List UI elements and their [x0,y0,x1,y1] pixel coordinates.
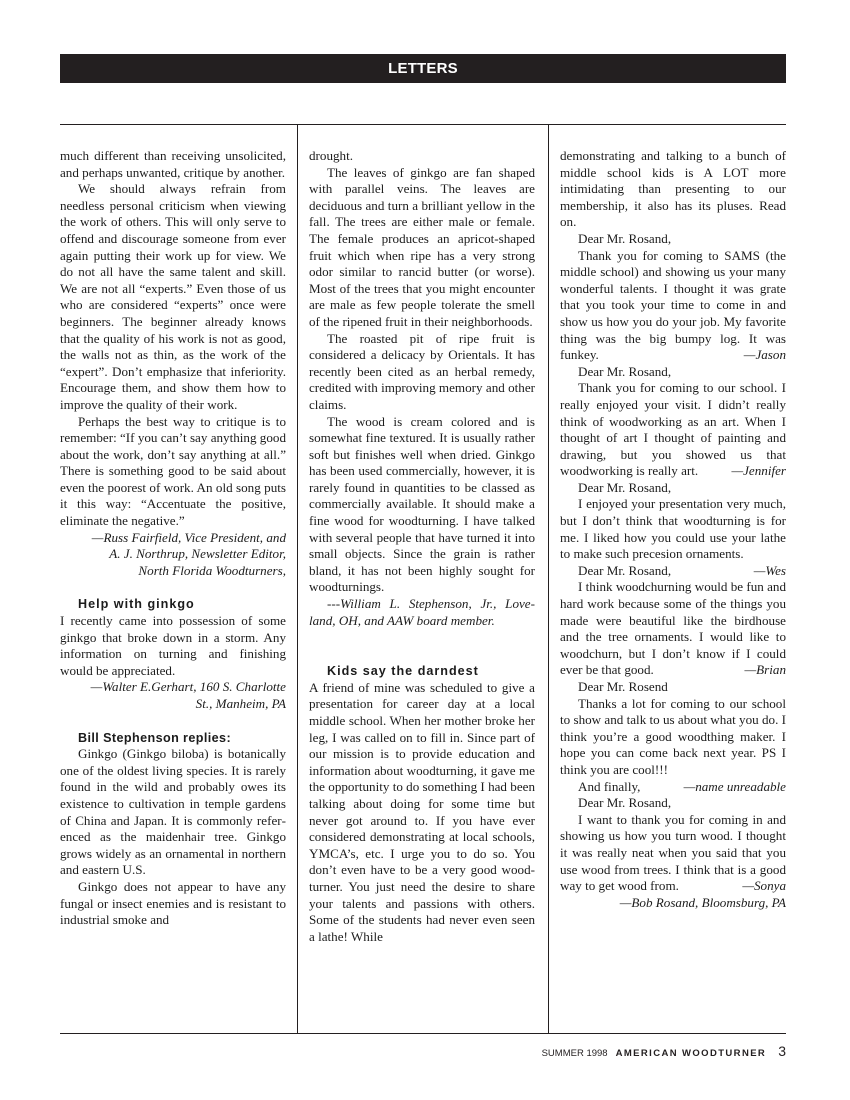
section-title: LETTERS [388,60,458,77]
section-banner: LETTERS [60,54,786,83]
signature: St., Manheim, PA [60,696,286,713]
letter-text: I enjoyed your presentation very much, b… [560,496,786,561]
signature: —Walter E.Gerhart, 160 S. Charlotte [60,679,286,696]
letter-body: I think woodchurning would be fun and ha… [560,579,786,679]
letter-text: Thank you for coming to SAMS (the middle… [560,248,786,363]
top-rule [60,124,786,125]
publication-name: AMERICAN WOODTURNER [616,1048,767,1059]
paragraph: Ginkgo (Ginkgo biloba) is botani­cally o… [60,746,286,879]
letter-signature: —name unreadable [666,779,786,796]
paragraph: I recently came into possession of some … [60,613,286,679]
signature: North Florida Woodturners, [60,563,286,580]
paragraph: A friend of mine was scheduled to give a… [309,680,535,946]
letter-salutation: Dear Mr. Rosend [560,679,786,696]
letter-text: Thanks a lot for coming to our school to… [560,696,786,777]
paragraph: The leaves of ginkgo are fan shaped with… [309,165,535,331]
paragraph: demonstrating and talking to a bunch of … [560,148,786,231]
paragraph: Perhaps the best way to critique is to r… [60,414,286,530]
letter-body: Thank you for coming to our school. I re… [560,380,786,480]
column-1: much different than receiving unso­licit… [60,148,286,929]
spacer [60,713,286,730]
spacer [309,629,535,663]
letter-signature: —Jason [726,347,786,364]
spacer [60,579,286,596]
paragraph: Ginkgo does not appear to have any funga… [60,879,286,929]
paragraph: drought. [309,148,535,165]
paragraph: We should always refrain from needless p… [60,181,286,413]
page-footer: SUMMER 1998 AMERICAN WOODTURNER 3 [542,1043,786,1059]
letter-salutation: Dear Mr. Rosand, [560,231,786,248]
letter-signature: —Wes [736,563,786,580]
letter-signature: —Brian [727,662,786,679]
paragraph: The wood is cream colored and is somewha… [309,414,535,597]
letter-salutation: Dear Mr. Rosand, [560,364,786,381]
page-number: 3 [778,1043,786,1059]
column-2: drought. The leaves of ginkgo are fan sh… [309,148,535,945]
letter-signature: —Sonya [724,878,786,895]
letter-body: I enjoyed your presentation very much, b… [560,496,786,562]
column-divider [297,124,298,1034]
letter-heading: Help with ginkgo [60,596,286,613]
column-3: demonstrating and talking to a bunch of … [560,148,786,911]
bottom-rule [60,1033,786,1034]
paragraph: much different than receiving unso­licit… [60,148,286,181]
signature: —Russ Fairfield, Vice President, and [60,530,286,547]
signature: A. J. Northrup, Newsletter Editor, [60,546,286,563]
letter-body: Thank you for coming to SAMS (the middle… [560,248,786,364]
letter-body: I want to thank you for coming in and sh… [560,812,786,895]
letter-body: Thanks a lot for coming to our school to… [560,696,786,779]
signature: ---William L. Stephenson, Jr., Love­land… [309,596,535,629]
reply-heading: Bill Stephenson replies: [60,730,286,747]
paragraph: The roasted pit of ripe fruit is conside… [309,331,535,414]
letter-heading: Kids say the darndest [309,663,535,680]
column-divider [548,124,549,1034]
closing-signature: —Bob Rosand, Bloomsburg, PA [560,895,786,912]
letter-signature: —Jennifer [713,463,786,480]
letter-salutation: Dear Mr. Rosand, [560,480,786,497]
issue-date: SUMMER 1998 [542,1048,608,1059]
letter-salutation: Dear Mr. Rosand, [560,795,786,812]
